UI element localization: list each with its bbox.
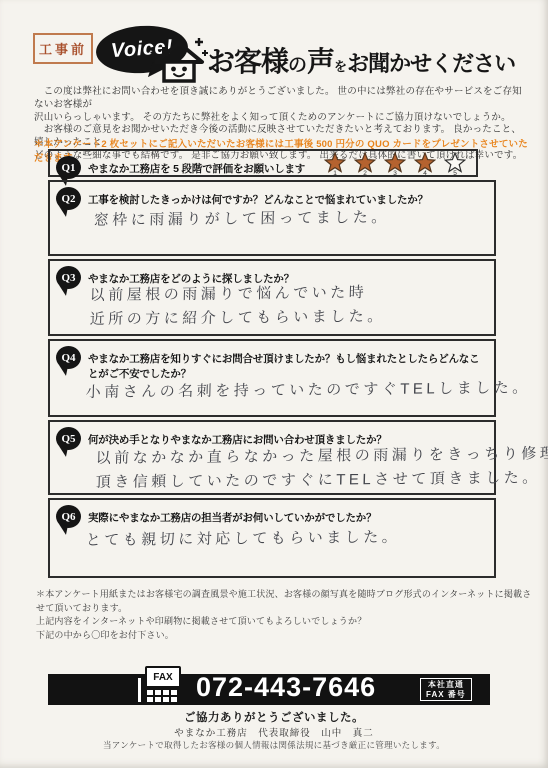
company-signature: やまなか工務店 代表取締役 山中 真二 — [0, 725, 548, 739]
star-number: 2 — [363, 170, 367, 177]
pre-construction-stamp: 工事前 — [33, 33, 93, 64]
q1-bubble-icon: Q1 — [56, 156, 81, 179]
question-box-q4: Q4 やまなか工務店を知りすぐにお問合せ頂けましたか？もし悩まれたとしたらどんな… — [48, 339, 496, 417]
house-face-icon — [150, 36, 208, 91]
q2-bubble-icon: Q2 — [56, 187, 81, 210]
rating-star-item: 4 — [414, 152, 436, 177]
question-box-q5: Q5 何が決め手となりやまなか工務店にお問い合わせ頂きましたか？ 以前なかなか直… — [48, 420, 496, 495]
publication-consent-note: ＊本アンケート用紙またはお客様宅の調査風景や施工状況、お客様の顔写真を随時ブログ… — [36, 588, 536, 642]
q5-bubble-icon: Q5 — [56, 427, 81, 450]
star-number: 4 — [423, 170, 427, 177]
question-box-q3: Q3 やまなか工務店をどのように探しましたか？ 以前屋根の雨漏りで悩んでいた時 … — [48, 259, 496, 336]
star-number: 5 — [453, 170, 457, 177]
thanks-message: ご協力ありがとうございました。 — [0, 709, 548, 725]
title-okyakusama: お客様 — [207, 46, 288, 77]
fax-machine-icon: FAX — [136, 666, 182, 704]
q4-bubble-icon: Q4 — [56, 346, 81, 369]
page-title: お客様の声をお聞かせください — [207, 40, 515, 80]
fax-bar: FAX 072-443-7646 本社直通 FAX 番号 — [48, 674, 490, 705]
rating-star-item: 5 — [444, 152, 466, 177]
intro-line: この度は弊社にお問い合わせを頂き誠にありがとうございました。 世の中には弊社の存… — [34, 86, 530, 112]
q5-handwritten-answer: 以前なかなか直らなかった屋根の雨漏りをきっちり修理して 頂き信頼していたのですぐ… — [96, 447, 548, 495]
title-koe: 声 — [307, 46, 334, 77]
question-box-q2: Q2 工事を検討したきっかけは何ですか？どんなことで悩まれていましたか？ 窓枠に… — [48, 180, 496, 256]
title-okikase: お聞かせください — [347, 51, 515, 76]
rating-star-item: 3 — [384, 152, 406, 177]
footnote-line: 上記内容をインターネットや印刷物に掲載させて頂いてもよろしいでしょうか？ — [36, 615, 536, 629]
q6-question-text: 実際にやまなか工務店の担当者がお伺いしていかがでしたか？ — [88, 505, 376, 525]
star-number: 3 — [393, 170, 397, 177]
title-no: の — [288, 55, 307, 76]
q2-question-text: 工事を検討したきっかけは何ですか？どんなことで悩まれていましたか？ — [88, 187, 428, 207]
q3-bubble-icon: Q3 — [56, 266, 81, 289]
q4-question-text: やまなか工務店を知りすぐにお問合せ頂けましたか？もし悩まれたとしたらどんなことが… — [88, 346, 488, 381]
privacy-note: 当アンケートで取得したお客様の個人情報は関係法規に基づき厳正に管理いたします。 — [0, 739, 548, 751]
q4-handwritten-answer: 小南さんの名刺を持っていたのですぐTELしました。 — [86, 381, 531, 405]
head-office-fax-badge: 本社直通 FAX 番号 — [420, 678, 472, 701]
rating-star-item: 2 — [354, 152, 376, 177]
q6-handwritten-answer: とても親切に対応してもらいました。 — [86, 529, 401, 553]
intro-line: 沢山いらっしゃいます。 その方たちに弊社をよく知って頂くためのアンケートにご協力… — [34, 112, 530, 125]
q2-handwritten-answer: 窓枠に雨漏りがして困ってました。 — [94, 209, 390, 233]
rating-star-item: 1 — [324, 152, 346, 177]
question-box-q6: Q6 実際にやまなか工務店の担当者がお伺いしていかがでしたか？ とても親切に対応… — [48, 498, 496, 578]
fax-number: 072-443-7646 — [196, 672, 376, 703]
title-wo: を — [334, 59, 347, 74]
footnote-line: ＊本アンケート用紙またはお客様宅の調査風景や施工状況、お客様の顔写真を随時ブログ… — [36, 588, 536, 615]
q3-handwritten-answer: 以前屋根の雨漏りで悩んでいた時 近所の方に紹介してもらいました。 — [90, 284, 386, 332]
q6-bubble-icon: Q6 — [56, 505, 81, 528]
footnote-line: 下記の中から〇印をお付下さい。 — [36, 629, 536, 643]
rating-stars: 1 2 3 4 5 — [324, 152, 466, 177]
star-number: 1 — [333, 170, 337, 177]
question-box-q1: Q1 やまなか工務店を 5 段階で評価をお願いします 1 2 3 4 5 — [48, 149, 478, 177]
survey-sheet: 工事前 Voice! お客様の声をお聞かせください この度は弊社にお問い合わせを… — [0, 0, 548, 768]
fax-icon-label: FAX — [153, 672, 172, 683]
q1-question-text: やまなか工務店を 5 段階で評価をお願いします — [88, 156, 305, 176]
